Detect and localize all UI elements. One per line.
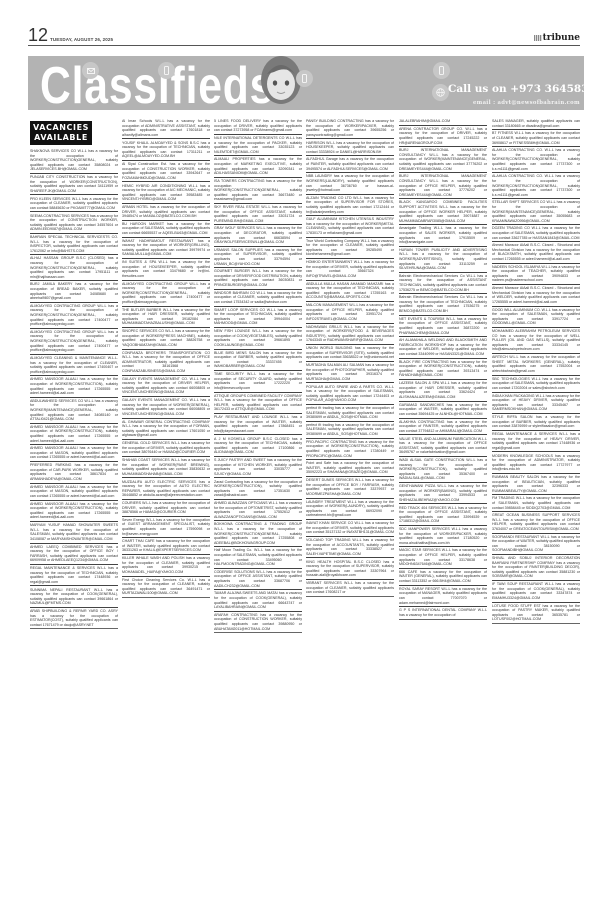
ads-column-4: PANSY BUILDING CONTRACTING has a vacancy…	[306, 118, 394, 597]
classified-ad: True World Contracting Company W.L.L has…	[306, 238, 394, 259]
classified-ad: GENERAL GOLD SERVICES W.L.L has a vacanc…	[122, 440, 210, 457]
classified-ad-text: SHAHAB COAST SERVICES W.L.L has a vacanc…	[122, 458, 210, 476]
classified-ad: WADI ALSAIL GATE CONSTRUCTION W.L.L has …	[399, 457, 487, 483]
classified-ad: BU HAROON MARKET has a vacancy for the o…	[122, 221, 210, 238]
page-header: 12 TUESDAY, AUGUST 26, 2025 tribune	[28, 26, 580, 46]
classified-ad-text: MALCON MANAGEMENT W.L.L has a vacancy fo…	[306, 303, 394, 321]
classified-ad: INDIA KHAN PACKAGING W.L.L has a vacancy…	[492, 393, 580, 414]
classified-ad: NADHAWAN GRILLS W.L.L has a vacancy for …	[306, 324, 394, 345]
classified-ad: MODERN KNOWLEDGE SCHOOLS has a vacancy f…	[492, 452, 580, 473]
classified-ad: ALHAJ HASSAN GROUP B.S.C (CLOSED) has a …	[30, 255, 118, 281]
classified-ad: Zarad Contracting has a vacancy for the …	[214, 478, 302, 499]
classified-ad: BLACK FIRE CONTRACTING has a vacancy for…	[399, 359, 487, 380]
classified-ad: AHMED MANSOOR ALAALI has a vacancy for t…	[30, 484, 118, 501]
classified-ad: Al Siyal Construction Est. has a vacancy…	[122, 161, 210, 182]
classified-ad-text: Zarad Contracting has a vacancy for the …	[214, 480, 302, 498]
classified-ad: ALMOAYYED CONTRACTING GROUP W.L.L has a …	[30, 329, 118, 355]
classified-ad-text: AL GHAWAR GENERAL CONTRACTING COMPANY W.…	[122, 420, 210, 438]
classified-ad: SDC MANPOWER SERVICES W.L.L has a vacanc…	[399, 526, 487, 547]
classified-ad-text: GENERAL GOLD SERVICES W.L.L has a vacanc…	[122, 441, 210, 455]
classified-ad: AIRTECH W.L.L has a vacancy for the occu…	[492, 354, 580, 375]
classified-ad-text: S JUICY PASTRY AND SWEET has a vacancy f…	[214, 458, 302, 476]
classified-ad-text: PREFERRED PARKING has a vacancy for the …	[30, 463, 118, 481]
classified-ad-text: NADHAWAN GRILLS W.L.L has a vacancy for …	[306, 325, 394, 343]
classified-ad: HEMIC HYBRID AIR CONDITIONING W.L.L has …	[122, 182, 210, 203]
classified-ad-text: COURIERS W.L.L has a vacancy for the occ…	[122, 501, 210, 515]
classified-ad: SMART LOOP SERVICES CO W.L.L has a vacan…	[214, 307, 302, 328]
classified-ad: PUNJAB CITY CONSTRUCTION has a vacancy f…	[30, 174, 118, 195]
classified-ad: AH ALAMAHALA WELDING AND BLACKSMITH AND …	[399, 337, 487, 358]
classified-ad: BURJ INTERNATIONAL MANAGEMENT CONSULTANC…	[399, 173, 487, 199]
classified-ad-text: B7 FITNESS W.L.L has a vacancy for the o…	[492, 131, 580, 145]
classified-ad-text: RED TRACK 404 SERVICES W.L.L has a vacan…	[399, 506, 487, 524]
classified-ad-text: WADI ALSAIL GATE CONSTRUCTION W.L.L has …	[399, 458, 487, 481]
classified-ad-text: RUMMAN BEAUTY SALON has a vacancy for th…	[492, 475, 580, 493]
classified-ad-text: HOMKIO ENTERTAINMENT W.L.L has a vacancy…	[306, 260, 394, 278]
classified-ad-text: BU HAROON MARKET has a vacancy for the o…	[122, 222, 210, 236]
classified-ad: VALUE STEEL AND ALUMINUM FABRICATION W.L…	[399, 435, 487, 456]
classified-ad: NET EVENTS & TOURISM W.L.L has a vacancy…	[399, 316, 487, 337]
classified-ad-text: ARENA CONTRACTOR GROUP CO. W.L.L has a v…	[399, 127, 487, 145]
classified-ad: Ahmed Mansoor AlAali B.S.C. Closed - Str…	[492, 242, 580, 263]
classified-ad-text: SHIVAL AND SOBUJ INTERIOR DECORATION BAH…	[492, 556, 580, 579]
classified-ad-text: BLUE BIRD MENS SALON has a vacancy for t…	[214, 351, 302, 369]
ads-column-1: SHAKNOVA SERVICES CO W.L.L has a vacancy…	[30, 148, 118, 629]
classified-ad: GREAT OCEAN BUSINESS SUPPORT SERVICES W.…	[492, 512, 580, 533]
classified-ad-text: SINOPEC SERVICES CO W.L.L has a vacancy …	[122, 329, 210, 347]
globe-icon	[432, 84, 449, 101]
classified-ad-text: Ahmed Mansoor AlAali B.S.C. Closed - Str…	[492, 286, 580, 304]
classified-ad: GOURMET BURGER W.L.L has a vacancy for t…	[214, 268, 302, 289]
page-date: TUESDAY, AUGUST 26, 2025	[50, 37, 113, 42]
classified-ad: AHMED MANSOOR ALAALI has a vacancy for t…	[30, 445, 118, 462]
classified-ad: ISA TOWERS CONTRACTING has a vacancy for…	[214, 178, 302, 204]
classified-ad-text: STYLE RIFFA SALON has a vacancy for the …	[492, 415, 580, 429]
classified-ad-text: DESERT DUNES SERVICES W.L.L has a vacanc…	[306, 478, 394, 496]
brand-logo: tribune	[534, 33, 580, 43]
classified-ad: LAZEEM SALON & SPA W.L.L has a vacancy f…	[399, 380, 487, 401]
classified-ad: MOHAMMED ALEBRAHIM PETROLEUM SERVICES CO…	[492, 328, 580, 354]
classified-ad: REGAL MAINTENANCE & SERVICES W.L.L has a…	[492, 431, 580, 452]
classified-ad: BLUE BIRD MENS SALON has a vacancy for t…	[214, 350, 302, 371]
mail-icon	[82, 62, 99, 79]
classified-ad-text: ALAHLIA CONTRACTING CO. W.L.L has a vaca…	[492, 148, 580, 171]
classified-ad-text: SHAKNOVA SERVICES CO W.L.L has a vacancy…	[30, 149, 118, 172]
classified-ad: perfect fit trading has a vacancy for th…	[306, 405, 394, 422]
classified-ad: RED TRACK 404 SERVICES W.L.L has a vacan…	[399, 504, 487, 525]
phone-icon	[296, 70, 313, 87]
page-number: 12	[28, 26, 48, 44]
classified-ad: S JUICY PASTRY AND SWEET has a vacancy f…	[214, 457, 302, 478]
classified-ad-text: REGAL MAINTENANCE & SERVICES W.L.L has a…	[492, 432, 580, 450]
classified-ad-text: AH ALAMAHALA WELDING AND BLACKSMITH AND …	[399, 338, 487, 356]
classified-ad-text: GALAXY EVENTS MANAGEMENT CO. W.L.L has a…	[122, 398, 210, 416]
classified-ad-text: ALZAIN TRADING CO LTD W.L.L has a vacanc…	[306, 196, 394, 214]
classified-ad: LOTUSE FOOD STUFF EST has a vacancy for …	[492, 603, 580, 624]
classified-ad-text: SOOFMANDI RESTAURANT W.L.L has a vacancy…	[492, 535, 580, 553]
classified-ad: ALMAALI PROPERTIES has a vacancy for the…	[214, 156, 302, 177]
classified-ad: ALMOAYYED CONTRACTING GROUP W.L.L has a …	[122, 281, 210, 307]
vacancies-label-line1: VACANCIES	[30, 123, 92, 133]
classified-ad-text: LOTUSE FOOD STUFF EST has a vacancy for …	[492, 604, 580, 622]
classified-ad-text: PRO-PACIFIC CONTRACTING has a vacancy fo…	[306, 440, 394, 458]
classified-ad: CODERISE SOLUTIONS W.L.L has a vacancy f…	[214, 569, 302, 590]
phone-icon	[433, 62, 450, 79]
classified-ad-text: HARRISON W.L.L has a vacancy for the occ…	[306, 141, 394, 155]
classified-ad-text: A J M KOSHELA GROUP B.S.C CLOSED has a v…	[214, 437, 302, 455]
classified-ad: NBB LAUNDRY has a vacancy for the occupa…	[306, 173, 394, 194]
classified-ad: SALES MANAGER, suitably qualified applic…	[492, 118, 580, 130]
classified-ad-text: FM TRADING W.L.L has a vacancy for the o…	[492, 496, 580, 510]
classified-ad: Half Moon Trading Co. W.L.L has a vacanc…	[214, 547, 302, 568]
classified-ad-text: ABDULWAHEED SERVICES CO W.L.L has a vaca…	[30, 399, 118, 422]
classified-ad: ARAB SHIPBUILDING & REPAIR YARD CO. ASRY…	[30, 608, 118, 629]
classified-ad-text: ABDULLA MULLA HASAN AHAMAD MAHZARI has a…	[306, 282, 394, 300]
classified-ad-text: BURJ INTERNATIONAL MANAGEMENT CONSULTANC…	[399, 148, 487, 171]
classified-ad: PANSY BUILDING CONTRACTING has a vacancy…	[306, 118, 394, 139]
classified-ad: DESERT DUNES SERVICES W.L.L has a vacanc…	[306, 477, 394, 498]
classified-ad-text: ATTIQUE GROUPS COMBINED FACILITY COMPANY…	[214, 394, 302, 412]
classified-ad-text: Bahrain Electromechanical Services Co W.…	[399, 274, 487, 292]
ads-column-3: 5 LINES FOOD DELIVERY has a vacancy for …	[214, 118, 302, 633]
classified-ad-text: ARMAN HOTEL has a vacancy for the occupa…	[122, 205, 210, 219]
classified-ad-text: Amanigate Trading W.L.L has a vacancy fo…	[399, 226, 487, 244]
classified-ad: SINOPEC SERVICES CO W.L.L has a vacancy …	[122, 328, 210, 349]
classified-ad-text: PUNJAB CITY CONSTRUCTION has a vacancy f…	[30, 175, 118, 193]
advert-email: email : advt@newsofbahrain.com	[473, 100, 580, 106]
classified-ad: PRO KLEEN SERVICES W.L.L has a vacancy f…	[30, 195, 118, 212]
classified-ad: KILLER WHALE WASH AND POLISH has a vacan…	[122, 555, 210, 576]
classified-ad-text: NET EVENTS & TOURISM W.L.L has a vacancy…	[399, 317, 487, 335]
classified-ad-text: ALMOAYYED CLEANING & MAINTENANCE W.L.L. …	[30, 356, 118, 374]
classified-ad: VOLCANO TOP TRADING W.L.L has a vacancy …	[306, 537, 394, 558]
classified-ad-text: ARAFAH CONTRACTING has a vacancy for the…	[214, 613, 302, 631]
classified-ad-text: AHMED MANSOOR ALAALI has a vacancy for t…	[30, 485, 118, 499]
classified-ad-text: REGAL MAINTENANCE & SERVICES W.L.L has a…	[30, 566, 118, 584]
classified-ad-text: KING HEALTH HOSPITAL B.S.C CLOSED has a …	[306, 560, 394, 578]
classified-ad: TIME SECURITY W.L.L has a vacancy for th…	[214, 371, 302, 392]
classified-ad-text: SMART LOOP SERVICES CO W.L.L has a vacan…	[214, 308, 302, 326]
classified-ad: ARAFAH CONTRACTING has a vacancy for the…	[214, 612, 302, 633]
classified-ad: AHMED MANSOOR ALAALI has a vacancy for t…	[30, 501, 118, 522]
classified-ad-text: GREAT OCEAN BUSINESS SUPPORT SERVICES W.…	[492, 513, 580, 531]
classified-ad-text: ARAB SHIPBUILDING & REPAIR YARD CO. ASRY…	[30, 609, 118, 627]
classified-ad: ALFADHUL Garage has a vacancy for the oc…	[306, 156, 394, 173]
classified-ad: Al Iman Schools W.L.L has a vacancy for …	[122, 118, 210, 139]
classified-ad: RUMMAN BEAUTY SALON has a vacancy for th…	[492, 474, 580, 495]
classified-ad-text: ALMOAYYED CONTRACTING GROUP W.L.L has a …	[122, 282, 210, 305]
classified-ad-text: POPULAR AUTO SPARE AND A PARTS CO. W.L.L…	[306, 385, 394, 403]
classified-ad: ARMAN HOTEL has a vacancy for the occupa…	[122, 204, 210, 221]
classified-ad: SHAHAB COAST SERVICES W.L.L has a vacanc…	[122, 457, 210, 478]
logo-mark-icon	[534, 35, 542, 41]
classified-ad: STYLE RIFFA SALON has a vacancy for the …	[492, 414, 580, 431]
classified-ad: NILE INTERNATIONAL DETERGENTS CO W.L.L h…	[214, 135, 302, 156]
classified-ad-text: SBC TECHNOLOGIES W.L.L has a vacancy for…	[492, 377, 580, 391]
classified-ad-text: GULF ALUMINIUM KITCHEN UTENSILS INDUSTRY…	[306, 217, 394, 235]
classified-ad: G P S INTERNATIONAL DENTAL COMPANY W.L.L…	[399, 607, 487, 619]
classified-ad-text: UNION WORLD BUILDING has a vacancy for t…	[306, 346, 394, 360]
classified-ad-text: AIRTECH W.L.L has a vacancy for the occu…	[492, 355, 580, 373]
ads-column-5: JALALEBRAHIM@GMAIL.COMARENA CONTRACTOR G…	[399, 118, 487, 620]
classified-ad-text: BURJ INTERNATIONAL MANAGEMENT CONSULTANC…	[399, 174, 487, 197]
brand-name: tribune	[543, 33, 580, 43]
classified-ad-text: YOUSIF KHALIL ALMOAYYED & SONS B.S.C has…	[122, 141, 210, 159]
classified-ad: CONFIANZA BROTHERS TRANSPORTATION CO W.L…	[122, 350, 210, 376]
classified-ad-text: MODERN KNOWLEDGE SCHOOLS has a vacancy f…	[492, 454, 580, 472]
classified-ad: BOKHOWA CONTRACTING & TRADING GROUP W.L.…	[214, 521, 302, 547]
classified-ad-text: NILE INTERNATIONAL DETERGENTS CO W.L.L h…	[214, 136, 302, 154]
classified-ad-text: SKY RIVER REAL ESTATE W.L.L has a vacanc…	[214, 205, 302, 223]
classified-ad: ALAKHHA CONTRACTING has a vacancy for th…	[399, 419, 487, 436]
classified-ad-text: AHMED MANSOOR ALAALI has a vacancy for t…	[30, 425, 118, 443]
classified-ad-text: HEMIC HYBRID AIR CONDITIONING W.L.L has …	[122, 184, 210, 202]
classified-ad-text: WAHAT HADHRAMOUT RESTAURANT has a vacanc…	[122, 239, 210, 257]
classified-ad-text: Al Iman Schools W.L.L has a vacancy for …	[122, 119, 210, 137]
classified-ad-text: MURTADHA SALMAN ALI SALMAN has a vacancy…	[306, 363, 394, 381]
classified-ad-text: VALUE STEEL AND ALUMINUM FABRICATION W.L…	[399, 437, 487, 455]
classified-ad: MAGIC STAR SERVICES W.L.L has a vacancy …	[399, 547, 487, 568]
classified-ad-text: G P S INTERNATIONAL DENTAL COMPANY W.L.L…	[399, 608, 487, 617]
classified-ad-text: Half Moon Trading Co. W.L.L has a vacanc…	[214, 548, 302, 566]
classified-ad-text: LAUNDRY TREATMENT W.L.L has a vacancy fo…	[306, 500, 394, 518]
phone-icon	[158, 62, 175, 79]
classified-ad-text: AHMED MANSOOR ALAALI has a vacancy for t…	[30, 377, 118, 395]
classified-ad: HURAIN TOWER PUBLICITY AND ADVERTISING W…	[399, 247, 487, 273]
classified-ad: MALCON MANAGEMENT W.L.L has a vacancy fo…	[306, 302, 394, 323]
ads-column-6: SALES MANAGER, suitably qualified applic…	[492, 118, 580, 624]
classified-ad: SKY RIVER REAL ESTATE W.L.L has a vacanc…	[214, 204, 302, 225]
classified-ad: MURTADHA SALMAN ALI SALMAN has a vacancy…	[306, 362, 394, 383]
classified-ad: POPULAR AUTO SPARE AND A PARTS CO. W.L.L…	[306, 383, 394, 404]
classified-ad: PLAY RESTAURANT AND LOUNGE W.L.L has a v…	[214, 414, 302, 435]
classified-ad: perfect fit trading has a vacancy for th…	[306, 422, 394, 439]
classified-ad: HOMKIO ENTERTAINMENT W.L.L has a vacancy…	[306, 259, 394, 280]
classified-ad-text: PRO KLEEN SERVICES W.L.L has a vacancy f…	[30, 197, 118, 211]
classified-ad-text: INI SUITES & SPA W.L.L has a vacancy for…	[122, 260, 210, 278]
classified-ad: A J M KOSHELA GROUP B.S.C CLOSED has a v…	[214, 435, 302, 456]
classified-ad: 666 CAFE has a vacancy for the occupatio…	[399, 569, 487, 586]
classified-ad-text: TIME SECURITY W.L.L has a vacancy for th…	[214, 372, 302, 390]
classified-ad-text: perfect fit trading has a vacancy for th…	[306, 423, 394, 437]
classified-ad-text: Ahmed Mansoor AlAali B.S.C. Closed - Str…	[492, 243, 580, 261]
classified-ad: ALZAIN TRADING CO LTD W.L.L has a vacanc…	[306, 195, 394, 216]
classified-ad: FM TRADING W.L.L has a vacancy for the o…	[492, 495, 580, 512]
classified-ad-text: BOKHOWA CONTRACTING & TRADING GROUP W.L.…	[214, 522, 302, 545]
classified-ad-text: True World Contracting Company W.L.L has…	[306, 239, 394, 257]
classified-ad-text: Seven Energy W.L.L has a vacancy for the…	[122, 518, 210, 536]
classified-ad-text: DOZEN TRADING CO W.L.L has a vacancy for…	[492, 226, 580, 240]
call-us-number: Call us on +973 36458394	[448, 83, 584, 95]
classified-ad-text: GENTHAWANI PIZZA W.L.L has a vacancy for…	[399, 484, 487, 502]
classified-ad: NADEEN SCHOOL ISLAMIYA W.L.L has a vacan…	[492, 264, 580, 285]
classified-ad: USMANS SALON SUPPLIES has a vacancy for …	[214, 247, 302, 268]
classified-ad-text: AHMED LAEEQ COMBINED SERVICES has a vaca…	[30, 545, 118, 563]
classified-ad: Amanigate Trading W.L.L has a vacancy fo…	[399, 225, 487, 246]
classified-ad: AL GHAWAR GENERAL CONTRACTING COMPANY W.…	[122, 419, 210, 440]
classified-ad: GALAXY EVENTS MANAGEMENT CO. W.L.L has a…	[122, 397, 210, 418]
classified-ad-text: JALALEBRAHIM@GMAIL.COM	[399, 119, 487, 124]
classified-ad-text: ALHAJ HASSAN GROUP B.S.C (CLOSED) has a …	[30, 256, 118, 279]
classified-ad: THE BUTLER BARBER W.L.L has a vacancy fo…	[122, 307, 210, 328]
classified-ad-text: BAHRAIN SPECIAL TECHNICAL SERVICESTS CO.…	[30, 235, 118, 253]
classified-ad: GOOD WILL ALUMINIUM CO. W.L.L has a vaca…	[492, 307, 580, 328]
classified-ad: GALAXY EVENTS MANAGEMENT CO. W.L.L has a…	[122, 376, 210, 397]
classified-ad-text: BURJ JAMILA BAKERY has a vacancy for the…	[30, 282, 118, 300]
classified-ad: MUZDALIFA AUTO ELECTRIC SERVICES has a v…	[122, 478, 210, 499]
classified-ad: SBC TECHNOLOGIES W.L.L has a vacancy for…	[492, 376, 580, 393]
classified-ad-text: AHMED MANSOOR ALAALI has a vacancy for t…	[30, 502, 118, 520]
classified-ad: CHART THAI CAFE has a vacancy for the oc…	[122, 538, 210, 555]
classified-ad-text: 5 LINES FOOD DELIVERY has a vacancy for …	[214, 119, 302, 133]
classified-ad-text: GRAY WOLF SERVICES W.L.L has a vacancy f…	[214, 226, 302, 244]
classified-ad: SUNNIMA NEPALI RESTAURANT W.L.L has a va…	[30, 586, 118, 607]
vacancies-label-line2: AVAILABLE	[30, 133, 92, 143]
classified-ad: BURJ INTERNATIONAL MANAGEMENT CONSULTANC…	[399, 147, 487, 173]
classified-ad: 5 LINES FOOD DELIVERY has a vacancy for …	[214, 118, 302, 135]
classified-ad-text: VIBRANT SERVICES W.L.L has a vacancy for…	[306, 581, 394, 595]
classified-ad-text: ALAHLIA CONTRACTING CO. W.L.L has a vaca…	[492, 174, 580, 197]
classified-ad-text: 666 CAFE has a vacancy for the occupatio…	[399, 570, 487, 584]
classified-ad-text: ISA TOWERS CONTRACTING has a vacancy for…	[214, 179, 302, 202]
classified-ad: First Choice Cleaning Services Co. W.L.L…	[122, 577, 210, 598]
classified-ad: MARYAM YUSUF HAMAD SHOWAITER SWEETS W.L.…	[30, 522, 118, 543]
classified-ad: DOZEN TRADING CO W.L.L has a vacancy for…	[492, 225, 580, 242]
classified-ad: INAYAT KHAN SERVICE CO W.L.L has a vacan…	[306, 520, 394, 537]
classified-ad-text: KILLER WHALE WASH AND POLISH has a vacan…	[122, 556, 210, 574]
classified-ad-text: AHMED MANSOOR ALAALI has a vacancy for t…	[30, 446, 118, 460]
classified-ad: ATTIQUE GROUPS COMBINED FACILITY COMPANY…	[214, 393, 302, 414]
classified-ad-text: WINDSOR BAHRAIN CO W.L.L has a vacancy f…	[214, 291, 302, 305]
classified-ad-text: ALMOAYYED CONTRACTING GROUP W.L.L has a …	[30, 330, 118, 353]
classified-ad: LAUNDRY TREATMENT W.L.L has a vacancy fo…	[306, 499, 394, 520]
classified-ad-text: AHMED ALWAZZAN OPTICIANS W.L.L has a vac…	[214, 501, 302, 519]
classified-ad: Point and Safe has a vacancy for the occ…	[306, 460, 394, 477]
classified-ad: AHMED ALWAZZAN OPTICIANS W.L.L has a vac…	[214, 500, 302, 521]
classified-ad-text: IF TAWI SOUP RESTAURANT W.L.L has a vaca…	[492, 582, 580, 600]
classified-ad: ARENA CONTRACTOR GROUP CO. W.L.L has a v…	[399, 126, 487, 147]
classified-ad: ABDULWAHEED SERVICES CO W.L.L has a vaca…	[30, 398, 118, 424]
classified-ad: Bahrain Electromechanical Services Co W.…	[399, 294, 487, 315]
classified-ad-text: GARAMAD SANDWICHES has a vacancy for the…	[399, 403, 487, 417]
classified-ad-text: SDC MANPOWER SERVICES W.L.L has a vacanc…	[399, 527, 487, 545]
classified-ad-text: NADEEN SCHOOL ISLAMIYA W.L.L has a vacan…	[492, 265, 580, 283]
classified-ad-text: BLACK FIRE CONTRACTING has a vacancy for…	[399, 360, 487, 378]
classified-ad-text: MAGIC STAR SERVICES W.L.L has a vacancy …	[399, 548, 487, 566]
classified-ad-text: ALFADHUL Garage has a vacancy for the oc…	[306, 157, 394, 171]
classified-ad-text: ALMAALI PROPERTIES has a vacancy for the…	[214, 157, 302, 175]
classified-ad-text: ALMOAYYED CONTRACTING GROUP W.L.L has a …	[30, 304, 118, 327]
classified-ad-text: GOOD WILL ALUMINIUM CO. W.L.L has a vaca…	[492, 308, 580, 326]
classified-ad: BLACK KANGAROO COMBINED FACILITIES SUPPO…	[399, 199, 487, 225]
classified-ad: HARRISON W.L.L has a vacancy for the occ…	[306, 139, 394, 156]
classified-ad: NEW FISH LOUNGE W.L.L has a vacancy for …	[214, 328, 302, 349]
classified-ad: GRAY WOLF SERVICES W.L.L has a vacancy f…	[214, 225, 302, 246]
classified-ad: SHAKNOVA SERVICES CO W.L.L has a vacancy…	[30, 148, 118, 174]
classified-ad: AHMED LAEEQ COMBINED SERVICES has a vaca…	[30, 544, 118, 565]
classified-ad-text: ROYAL SARAY RESORT W.L.L has a vacancy f…	[399, 587, 487, 605]
classified-ad-text: CHART THAI CAFE has a vacancy for the oc…	[122, 539, 210, 553]
classified-ad: AHMED MANSOOR ALAALI has a vacancy for t…	[30, 424, 118, 445]
classified-ad: GARAMAD SANDWICHES has a vacancy for the…	[399, 402, 487, 419]
classified-ad: UNION WORLD BUILDING has a vacancy for t…	[306, 345, 394, 362]
classified-ad-text: Al Siyal Construction Est. has a vacancy…	[122, 162, 210, 180]
classified-ad: INI SUITES & SPA W.L.L has a vacancy for…	[122, 259, 210, 280]
classified-ad-text: HURAIN TOWER PUBLICITY AND ADVERTISING W…	[399, 248, 487, 271]
classified-ad: ALMOAYYED CONTRACTING GROUP W.L.L has a …	[30, 303, 118, 329]
classified-ad-text: SEEMA CONTRACTING SERVICES has a vacancy…	[30, 214, 118, 232]
classified-ad-text: CODERISE SOLUTIONS W.L.L has a vacancy f…	[214, 570, 302, 588]
classified-ad: BURJ JAMILA BAKERY has a vacancy for the…	[30, 281, 118, 302]
classified-ad-text: TAMAR ALAJWA SWEETS AND MATAI has a vaca…	[214, 591, 302, 609]
classified-ad: B7 FITNESS W.L.L has a vacancy for the o…	[492, 130, 580, 147]
classified-ad-text: GALAXY EVENTS MANAGEMENT CO. W.L.L has a…	[122, 377, 210, 395]
classified-ad: ABDULLA MULLA HASAN AHAMAD MAHZARI has a…	[306, 281, 394, 302]
classified-ad-text: THE BUTLER BARBER W.L.L has a vacancy fo…	[122, 308, 210, 326]
classified-ad-text: Bahrain Electromechanical Services Co W.…	[399, 295, 487, 313]
classified-ad: SEEMA CONTRACTING SERVICES has a vacancy…	[30, 212, 118, 233]
classified-ad-text: GOURMET BURGER W.L.L has a vacancy for t…	[214, 269, 302, 287]
classified-ad: PREFERRED PARKING has a vacancy for the …	[30, 462, 118, 483]
classified-ad-text: First Choice Cleaning Services Co. W.L.L…	[122, 578, 210, 596]
classified-ad-text: MOHAMMED ALEBRAHIM PETROLEUM SERVICES CO…	[492, 329, 580, 352]
classified-ad: ALAHLIA CONTRACTING CO. W.L.L has a vaca…	[492, 173, 580, 199]
classifieds-banner: Classifieds Call us on +973 36458394 ema…	[28, 56, 584, 110]
classified-ad: JALALEBRAHIM@GMAIL.COM	[399, 118, 487, 126]
classified-ad: WINDSOR BAHRAIN CO W.L.L has a vacancy f…	[214, 290, 302, 307]
classified-ad-text: CONFIANZA BROTHERS TRANSPORTATION CO W.L…	[122, 351, 210, 374]
classified-ad-text: perfect fit trading has a vacancy for th…	[306, 406, 394, 420]
classified-ad: WAHAT HADHRAMOUT RESTAURANT has a vacanc…	[122, 238, 210, 259]
classified-ad-text: BLACK KANGAROO COMBINED FACILITIES SUPPO…	[399, 200, 487, 223]
classified-ad-text: VOLCANO TOP TRADING W.L.L has a vacancy …	[306, 538, 394, 556]
classified-ad-text: INAYAT KHAN SERVICE CO W.L.L has a vacan…	[306, 521, 394, 535]
classified-ad-text: NEW FISH LOUNGE W.L.L has a vacancy for …	[214, 329, 302, 347]
ads-column-2: Al Iman Schools W.L.L has a vacancy for …	[122, 118, 210, 598]
classified-ad: VIBRANT SERVICES W.L.L has a vacancy for…	[306, 580, 394, 597]
classified-ad: SOOFMANDI RESTAURANT W.L.L has a vacancy…	[492, 534, 580, 555]
classified-ad: Seven Energy W.L.L has a vacancy for the…	[122, 517, 210, 538]
classified-ad: GENTHAWANI PIZZA W.L.L has a vacancy for…	[399, 483, 487, 504]
classified-ad-text: USMANS SALON SUPPLIES has a vacancy for …	[214, 248, 302, 266]
classified-ad-text: STELLAR SHIFT SERVICES CO W.L.L has a va…	[492, 200, 580, 223]
classified-ad-text: PLAY RESTAURANT AND LOUNGE W.L.L has a v…	[214, 415, 302, 433]
classified-ad: TAMAR ALAJWA SWEETS AND MATAI has a vaca…	[214, 590, 302, 611]
classified-ad: IF TAWI SOUP RESTAURANT W.L.L has a vaca…	[492, 581, 580, 602]
vacancies-available-label: VACANCIES AVAILABLE	[30, 121, 92, 145]
classified-ad: GULF ALUMINIUM KITCHEN UTENSILS INDUSTRY…	[306, 216, 394, 237]
classified-ad-text: LAZEEM SALON & SPA W.L.L has a vacancy f…	[399, 381, 487, 399]
classified-ad-text: MUZDALIFA AUTO ELECTRIC SERVICES has a v…	[122, 480, 210, 498]
classified-ad: ALMOAYYED CLEANING & MAINTENANCE W.L.L. …	[30, 355, 118, 376]
classified-ad-text: NBB LAUNDRY has a vacancy for the occupa…	[306, 174, 394, 192]
classified-ad: ALAHLIA CONTRACTING CO. W.L.L has a vaca…	[492, 147, 580, 173]
classified-ad-text: INDIA KHAN PACKAGING W.L.L has a vacancy…	[492, 394, 580, 412]
classified-ad-text: ALAKHHA CONTRACTING has a vacancy for th…	[399, 420, 487, 434]
banner-title: Classifieds	[40, 59, 274, 110]
classified-ad-text: SALES MANAGER, suitably qualified applic…	[492, 119, 580, 128]
classified-ad: BAHRAIN SPECIAL TECHNICAL SERVICESTS CO.…	[30, 234, 118, 255]
classified-ad: REGAL MAINTENANCE & SERVICES W.L.L has a…	[30, 565, 118, 586]
classified-ad: SHIVAL AND SOBUJ INTERIOR DECORATION BAH…	[492, 555, 580, 581]
classified-ad: PRO-PACIFIC CONTRACTING has a vacancy fo…	[306, 439, 394, 460]
classified-ad: Bahrain Electromechanical Services Co W.…	[399, 273, 487, 294]
classified-ad: ROYAL SARAY RESORT W.L.L has a vacancy f…	[399, 586, 487, 607]
classified-ad: KING HEALTH HOSPITAL B.S.C CLOSED has a …	[306, 558, 394, 579]
classified-ad-text: Point and Safe has a vacancy for the occ…	[306, 461, 394, 475]
classified-ad: YOUSIF KHALIL ALMOAYYED & SONS B.S.C has…	[122, 139, 210, 160]
classified-ad: COURIERS W.L.L has a vacancy for the occ…	[122, 500, 210, 517]
